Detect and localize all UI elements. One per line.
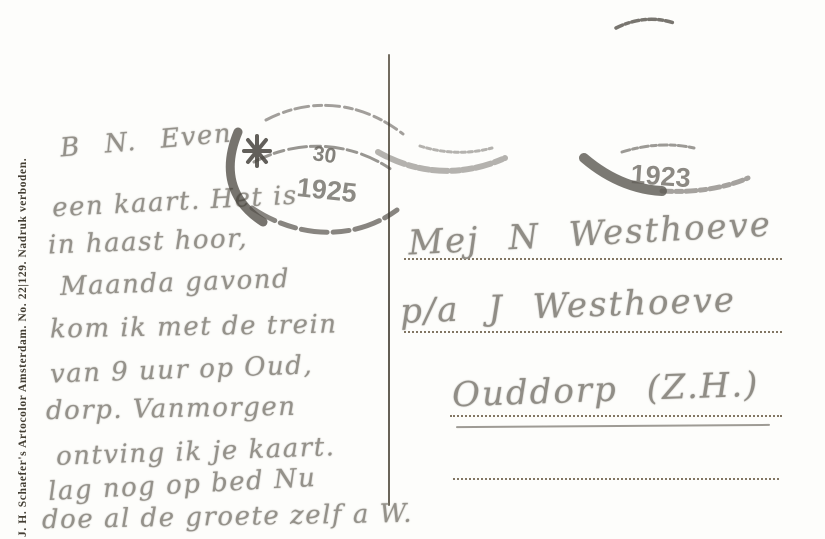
postmark-left-year: 1925 <box>295 172 358 208</box>
postmark-middle <box>378 146 505 171</box>
postcard-back: J. H. Schaefer's Artocolor Amsterdam. No… <box>0 0 825 539</box>
postmark-left: 30 1925 <box>230 105 403 232</box>
postmark-top <box>616 19 674 28</box>
postmark-right-year: 1923 <box>630 159 692 193</box>
postmark-star-icon <box>244 136 270 166</box>
postmark-right: 1923 <box>584 145 748 193</box>
postmark-left-day: 30 <box>311 142 337 168</box>
postmarks-layer: 30 1925 1923 <box>0 0 825 539</box>
